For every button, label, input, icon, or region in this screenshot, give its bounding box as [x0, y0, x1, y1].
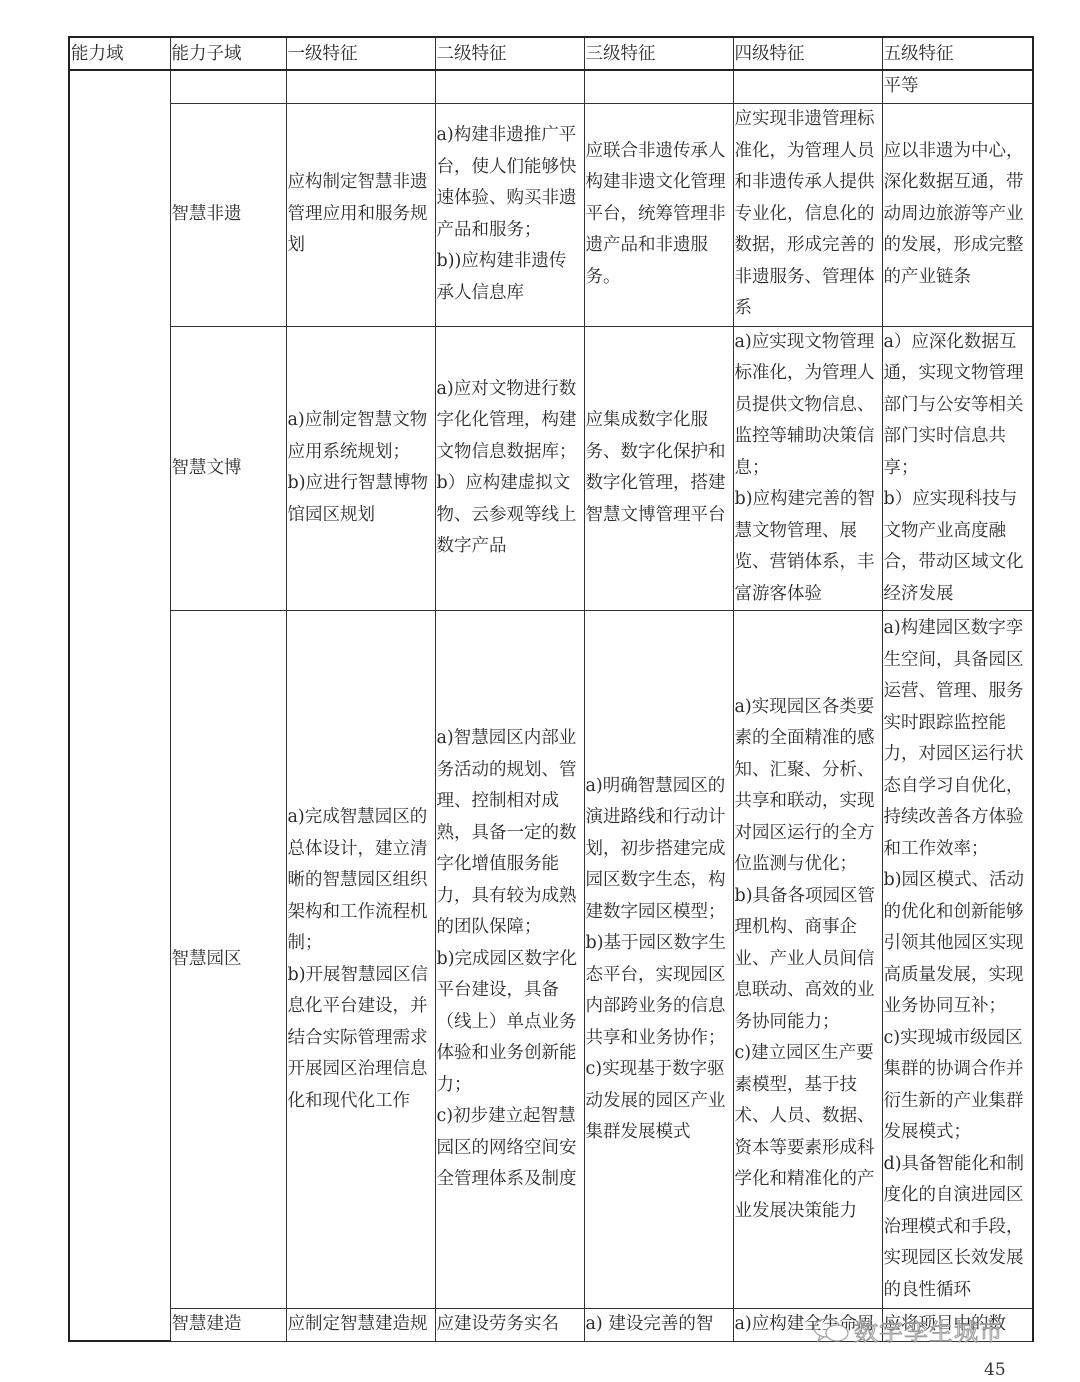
level-3-cell: [584, 70, 733, 103]
header-subdomain: 能力子域: [170, 37, 286, 70]
subdomain-cell: [170, 70, 286, 103]
level-2-cell: a)构建非遗推广平台，使人们能够快速体验、购买非遗产品和服务； b))应构建非遗…: [435, 103, 584, 326]
level-2-cell: 应建设劳务实名: [435, 1309, 584, 1342]
level-4-text: 应实现非遗管理标准化，为管理人员和非遗传承人提供专业化，信息化的数据，形成完善的…: [735, 104, 881, 325]
subdomain-cell: 智慧非遗: [170, 103, 286, 326]
level-3-cell: 应联合非遗传承人构建非遗文化管理平台，统筹管理非遗产品和非遗服务。: [584, 103, 733, 326]
watermark-text: 数字孪生城市: [854, 1312, 1004, 1347]
wechat-icon: [812, 1317, 850, 1343]
level-2-cell: [435, 70, 584, 103]
domain-cell: [69, 70, 170, 1341]
header-level-4: 四级特征: [733, 37, 882, 70]
page-number: 45: [984, 1360, 1006, 1380]
level-3-text: a)明确智慧园区的演进路线和行动计划，初步搭建完成园区数字生态，构建数字园区模型…: [586, 771, 732, 1149]
subdomain-cell: 智慧文博: [170, 326, 286, 611]
header-domain: 能力域: [69, 37, 170, 70]
level-3-text: 应集成数字化服务、数字化保护和数字化管理，搭建智慧文博管理平台: [586, 405, 732, 531]
header-level-1: 一级特征: [286, 37, 435, 70]
level-5-text: a）应深化数据互通，实现文物管理部门与公安等相关部门实时信息共享； b）应实现科…: [884, 327, 1032, 611]
table-header-row: 能力域 能力子域 一级特征 二级特征 三级特征 四级特征 五级特征: [69, 37, 1033, 70]
level-1-cell: 应制定智慧建造规: [286, 1309, 435, 1342]
level-4-text: a)实现园区各类要素的全面精准的感知、汇聚、分析、共享和联动，实现对园区运行的全…: [735, 692, 881, 1228]
header-level-2: 二级特征: [435, 37, 584, 70]
level-1-text: a)应制定智慧文物应用系统规划； b)应进行智慧博物馆园区规划: [288, 405, 434, 531]
table-row-continuation: 平等: [69, 70, 1033, 103]
header-level-3: 三级特征: [584, 37, 733, 70]
level-5-cell: 应以非遗为中心，深化数据互通，带动周边旅游等产业的发展，形成完整的产业链条: [882, 103, 1033, 326]
level-5-text: 应以非遗为中心，深化数据互通，带动周边旅游等产业的发展，形成完整的产业链条: [884, 136, 1032, 294]
level-2-text: a)构建非遗推广平台，使人们能够快速体验、购买非遗产品和服务； b))应构建非遗…: [437, 120, 583, 309]
level-1-text: 应构制定智慧非遗管理应用和服务规划: [288, 167, 434, 262]
header-level-5: 五级特征: [882, 37, 1033, 70]
level-1-cell: [286, 70, 435, 103]
level-5-cell: a)构建园区数字孪生空间，具备园区运营、管理、服务实时跟踪监控能力，对园区运行状…: [882, 611, 1033, 1309]
level-1-text: a)完成智慧园区的总体设计，建立清晰的智慧园区组织架构和工作流程机制； b)开展…: [288, 802, 434, 1117]
level-5-text: a)构建园区数字孪生空间，具备园区运营、管理、服务实时跟踪监控能力，对园区运行状…: [884, 613, 1032, 1306]
capability-maturity-table: 能力域 能力子域 一级特征 二级特征 三级特征 四级特征 五级特征 平等 智慧非…: [68, 36, 1034, 1342]
level-1-cell: a)应制定智慧文物应用系统规划； b)应进行智慧博物馆园区规划: [286, 326, 435, 611]
subdomain-cell: 智慧园区: [170, 611, 286, 1309]
level-4-cell: [733, 70, 882, 103]
level-2-text: a)应对文物进行数字化化管理，构建文物信息数据库； b）应构建虚拟文物、云参观等…: [437, 374, 583, 563]
subdomain-cell: 智慧建造: [170, 1309, 286, 1342]
level-4-text: a)应实现文物管理标准化，为管理人员提供文物信息、监控等辅助决策信息； b)应构…: [735, 327, 881, 611]
level-3-cell: a)明确智慧园区的演进路线和行动计划，初步搭建完成园区数字生态，构建数字园区模型…: [584, 611, 733, 1309]
table-row: 智慧非遗 应构制定智慧非遗管理应用和服务规划 a)构建非遗推广平台，使人们能够快…: [69, 103, 1033, 326]
level-4-cell: a)应实现文物管理标准化，为管理人员提供文物信息、监控等辅助决策信息； b)应构…: [733, 326, 882, 611]
level-3-cell: a) 建设完善的智: [584, 1309, 733, 1342]
level-5-cell: a）应深化数据互通，实现文物管理部门与公安等相关部门实时信息共享； b）应实现科…: [882, 326, 1033, 611]
level-1-cell: 应构制定智慧非遗管理应用和服务规划: [286, 103, 435, 326]
table-row: 智慧园区 a)完成智慧园区的总体设计，建立清晰的智慧园区组织架构和工作流程机制；…: [69, 611, 1033, 1309]
level-5-cell: 平等: [882, 70, 1033, 103]
level-3-cell: 应集成数字化服务、数字化保护和数字化管理，搭建智慧文博管理平台: [584, 326, 733, 611]
document-page: 能力域 能力子域 一级特征 二级特征 三级特征 四级特征 五级特征 平等 智慧非…: [0, 0, 1080, 1382]
level-4-cell: 应实现非遗管理标准化，为管理人员和非遗传承人提供专业化，信息化的数据，形成完善的…: [733, 103, 882, 326]
level-3-text: 应联合非遗传承人构建非遗文化管理平台，统筹管理非遗产品和非遗服务。: [586, 136, 732, 294]
watermark: 数字孪生城市: [812, 1312, 1004, 1347]
level-4-cell: a)实现园区各类要素的全面精准的感知、汇聚、分析、共享和联动，实现对园区运行的全…: [733, 611, 882, 1309]
level-1-cell: a)完成智慧园区的总体设计，建立清晰的智慧园区组织架构和工作流程机制； b)开展…: [286, 611, 435, 1309]
level-2-text: a)智慧园区内部业务活动的规划、管理、控制相对成熟，具备一定的数字化增值服务能力…: [437, 723, 583, 1196]
level-2-cell: a)应对文物进行数字化化管理，构建文物信息数据库； b）应构建虚拟文物、云参观等…: [435, 326, 584, 611]
table-row: 智慧文博 a)应制定智慧文物应用系统规划； b)应进行智慧博物馆园区规划 a)应…: [69, 326, 1033, 611]
level-2-cell: a)智慧园区内部业务活动的规划、管理、控制相对成熟，具备一定的数字化增值服务能力…: [435, 611, 584, 1309]
